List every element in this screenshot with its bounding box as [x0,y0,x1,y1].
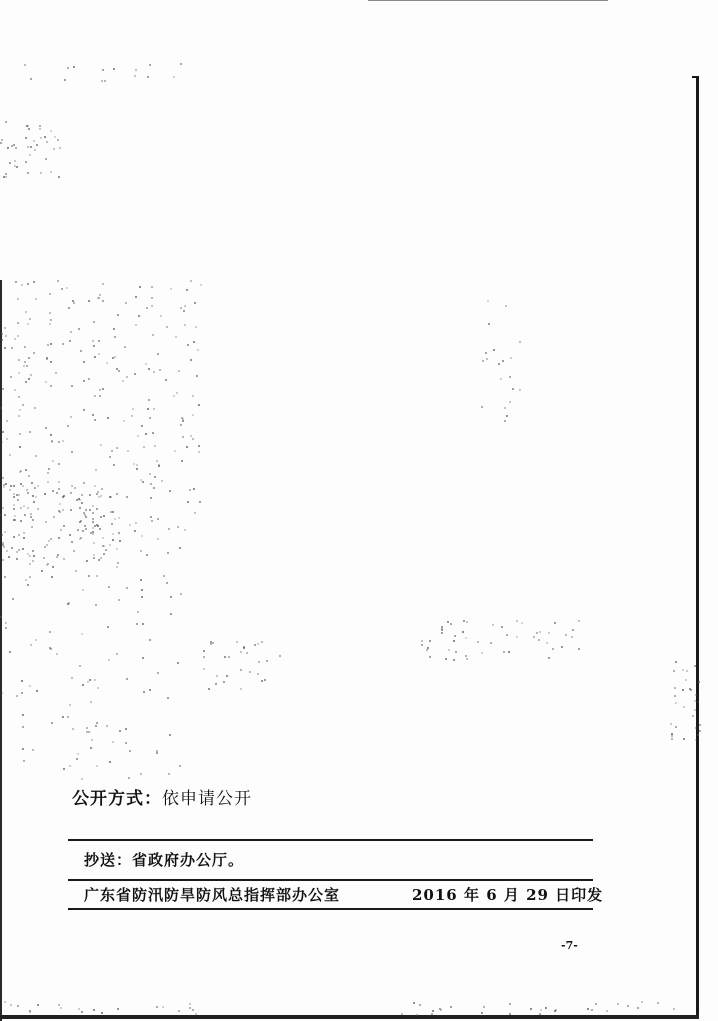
scan-speck [485,352,487,354]
scan-speck [97,687,99,689]
scan-speck [116,493,118,495]
scan-speck [685,679,687,681]
scan-speck [78,1008,80,1010]
scan-speck [51,576,53,578]
scan-speck [192,1009,194,1011]
scan-speck [165,379,167,381]
scan-speck [5,121,7,123]
scan-speck [24,514,26,516]
scan-speck [23,365,25,367]
scan-speck [168,528,170,530]
scan-speck [156,752,158,754]
scan-speck [71,385,73,387]
scan-speck [106,362,108,364]
scan-speck [186,289,188,291]
scan-speck [14,160,16,162]
scan-speck [490,642,492,644]
scan-speck [35,639,37,641]
scan-speck [179,547,181,549]
scan-speck [46,141,48,143]
scan-speck [195,1013,197,1015]
scan-edge-left [0,280,2,1021]
scan-speck [19,409,21,411]
scan-speck [39,125,41,127]
scan-speck [92,340,94,342]
scan-speck [441,632,443,634]
scan-speck [82,589,84,591]
scan-speck [199,501,201,503]
scan-speck [141,589,143,591]
scan-speck [18,415,20,417]
scan-speck [35,496,37,498]
scan-speck [63,525,65,527]
scan-speck [183,310,185,312]
scan-speck [11,547,13,549]
scan-speck [0,407,2,409]
scan-speck [28,357,30,359]
scan-speck [258,661,260,663]
scan-speck [46,358,48,360]
scan-speck [60,1007,62,1009]
scan-speck [70,509,72,511]
scan-speck [429,656,431,658]
scan-speck [6,420,8,422]
scan-speck [192,395,194,397]
scan-speck [27,283,29,285]
scan-speck [548,657,550,659]
scan-speck [101,80,103,82]
scan-speck [111,523,113,525]
scan-speck [106,725,108,727]
scan-speck [70,331,72,333]
scan-speck [152,334,154,336]
scan-speck [69,704,71,706]
scan-speck [82,530,84,532]
scan-speck [147,408,149,410]
scan-speck [100,444,102,446]
scan-speck [16,166,18,168]
scan-speck [79,507,81,509]
scan-speck [13,144,15,146]
scan-speck [19,446,21,448]
scan-speck [90,701,92,703]
scan-speck [50,361,52,363]
scan-speck [148,399,150,401]
scan-speck [279,655,281,657]
scan-speck [118,599,120,601]
scan-speck [554,1010,556,1012]
scan-speck [674,695,676,697]
scan-speck [675,702,677,704]
scan-speck [129,750,131,752]
scan-speck [447,621,449,623]
scan-speck [509,1003,511,1005]
scan-speck [69,340,71,342]
scan-speck [113,328,115,330]
scan-speck [126,496,128,498]
scan-speck [94,419,96,421]
scan-speck [49,312,51,314]
scan-speck [30,513,32,515]
scan-speck [75,570,77,572]
scan-speck [2,431,4,433]
scan-speck [93,542,95,544]
scan-speck [16,695,18,697]
scan-speck [100,516,102,518]
scan-speck [98,353,100,355]
scan-speck [102,283,104,285]
scan-speck [416,1014,418,1016]
scan-speck [261,680,263,682]
scan-speck [96,722,98,724]
scan-speck [9,454,11,456]
scan-speck [157,353,159,355]
scan-speck [113,464,115,466]
cc-label: 抄送： [84,851,132,869]
scan-speck [84,525,86,527]
scan-speck [189,489,191,491]
scan-speck [26,489,28,491]
scan-speck [673,670,675,672]
scan-speck [135,296,137,298]
scan-speck [76,758,78,760]
scan-speck [2,507,4,509]
scan-speck [35,298,37,300]
scan-speck [18,396,20,398]
scan-speck [125,728,127,730]
scan-speck [113,68,115,70]
scan-speck [189,1007,191,1009]
issuing-office: 广东省防汛防旱防风总指挥部办公室 [84,884,340,905]
scan-speck [88,300,90,302]
divider-bottom [68,908,593,910]
scan-speck [698,681,700,683]
scan-speck [546,642,548,644]
scan-speck [483,1006,485,1008]
scan-speck [4,1001,6,1003]
scan-speck [545,1007,547,1009]
scan-speck [486,358,488,360]
scan-speck [193,341,195,343]
scan-speck [34,149,36,151]
divider-middle [68,879,593,881]
scan-speck [1,139,3,141]
scan-speck [70,492,72,494]
scan-speck [86,727,88,729]
scan-speck [117,562,119,564]
scan-speck [19,433,21,435]
scan-speck [32,749,34,751]
scan-speck [180,307,182,309]
scan-speck [88,378,90,380]
scan-speck [538,639,540,641]
scan-speck [148,368,150,370]
scan-speck [98,340,100,342]
scan-speck [74,487,76,489]
scan-speck [208,688,210,690]
scan-speck [627,1005,629,1007]
scan-speck [565,634,567,636]
scan-speck [112,539,114,541]
scan-speck [4,531,6,533]
scan-speck [29,576,31,578]
scan-speck [47,481,49,483]
scan-speck [174,450,176,452]
scan-speck [72,728,74,730]
scan-speck [50,434,52,436]
scan-speck [28,378,30,380]
scan-speck [58,481,60,483]
scan-speck [71,451,73,453]
scan-speck [47,344,49,346]
scan-speck [17,335,19,337]
scan-speck [92,414,94,416]
scan-speck [116,566,118,568]
scan-speck [13,504,15,506]
cc-value: 省政府办公厅。 [132,851,244,869]
scan-speck [83,380,85,382]
scan-speck [31,482,33,484]
scan-speck [94,679,96,681]
scan-speck [50,319,52,321]
scan-speck [12,598,14,600]
scan-speck [28,128,30,130]
scan-speck [578,648,580,650]
scan-edge-right [696,77,699,1018]
scan-speck [198,404,200,406]
scan-speck [102,388,104,390]
scan-speck [578,620,580,622]
scan-speck [36,690,38,692]
scan-speck [66,287,68,289]
scan-speck [79,665,81,667]
scan-speck [111,450,113,452]
scan-speck [187,501,189,503]
scan-speck [180,63,182,65]
scan-speck [28,475,30,477]
scan-speck [450,623,452,625]
scan-speck [501,626,503,628]
scan-speck [85,516,87,518]
scan-speck [11,347,13,349]
scan-speck [62,496,64,498]
scan-speck [465,655,467,657]
scan-speck [682,689,684,691]
scan-speck [102,69,104,71]
scan-speck [140,579,142,581]
scan-speck [36,144,38,146]
scan-speck [26,365,28,367]
scan-speck [118,517,120,519]
scan-speck [32,495,34,497]
scan-speck [93,321,95,323]
scan-speck [9,162,11,164]
scan-speck [196,375,198,377]
scan-speck [198,445,200,447]
scan-speck [1,534,3,536]
scan-speck [154,445,156,447]
scan-speck [20,507,22,509]
scan-speck [180,424,182,426]
scan-speck [236,641,238,643]
scan-speck [44,493,46,495]
scan-speck [689,688,691,690]
scan-speck [29,154,31,156]
scan-speck [124,346,126,348]
scan-speck [492,624,494,626]
scan-speck [463,620,465,622]
scan-speck [189,1003,191,1005]
scan-speck [510,357,512,359]
scan-speck [100,557,102,559]
scan-speck [18,534,20,536]
scan-speck [591,1009,593,1011]
scan-speck [10,485,12,487]
scan-speck [149,64,151,66]
scan-speck [43,557,45,559]
scan-speck [44,546,46,548]
scan-speck [158,465,160,467]
scan-speck [162,1006,164,1008]
scan-speck [93,557,95,559]
scan-speck [92,512,94,514]
scan-speck [17,499,19,501]
scan-speck [179,765,181,767]
scan-speck [69,534,71,536]
scan-speck [24,346,26,348]
scan-speck [249,671,251,673]
scan-speck [125,302,127,304]
scan-speck [45,427,47,429]
scan-speck [136,464,138,466]
scan-speck [73,66,75,68]
scan-speck [103,553,105,555]
scan-speck [0,142,2,144]
scan-speck [92,518,94,520]
scan-speck [149,417,151,419]
scan-speck [487,300,489,302]
scan-speck [73,550,75,552]
scan-speck [27,584,29,586]
scan-speck [92,533,94,535]
scan-speck [169,490,171,492]
scan-speck [50,343,52,345]
scan-speck [93,345,95,347]
scan-speck [88,575,90,577]
scan-speck [77,753,79,755]
scan-speck [2,477,4,479]
scan-speck [15,281,17,283]
scan-speck [146,307,148,309]
scan-speck [95,469,97,471]
scan-speck [83,361,85,363]
scan-speck [226,675,228,677]
scan-speck [161,480,163,482]
scan-speck [131,415,133,417]
scan-speck [93,554,95,556]
scan-speck [6,550,8,552]
scan-speck [24,361,26,363]
scan-speck [692,715,694,717]
scan-speck [167,552,169,554]
scan-speck [228,656,230,658]
scan-speck [41,570,43,572]
scan-speck [695,727,697,729]
scan-speck [97,491,99,493]
scan-speck [7,147,9,149]
scan-speck [86,731,88,733]
scan-speck [530,1008,532,1010]
scan-speck [56,556,58,558]
scan-speck [58,441,60,443]
scan-speck [539,631,541,633]
scan-speck [413,1002,415,1004]
scan-speck [81,1011,83,1013]
scan-speck [150,516,152,518]
scan-speck [140,550,142,552]
scan-speck [96,493,98,495]
scan-speck [59,503,61,505]
scan-speck [145,433,147,435]
scan-speck [117,1008,119,1010]
scan-speck [186,446,188,448]
scan-speck [502,360,504,362]
scan-speck [694,665,696,667]
scan-speck [200,284,202,286]
scan-speck [481,652,483,654]
scan-speck [56,653,58,655]
scan-speck [62,509,64,511]
scan-speck [0,616,2,618]
scan-speck [683,706,685,708]
scan-speck [71,541,73,543]
scan-speck [40,137,42,139]
scan-speck [466,658,468,660]
scan-speck [56,492,58,494]
scan-speck [84,514,86,516]
scan-speck [49,631,51,633]
scan-edge-top [368,0,608,1]
scan-speck [637,1007,639,1009]
scan-speck [151,286,153,288]
scan-speck [683,738,685,740]
scan-speck [52,566,54,568]
scan-speck [37,485,39,487]
scan-speck [136,623,138,625]
scan-speck [257,643,259,645]
scan-speck [30,374,32,376]
scan-speck [68,307,70,309]
scan-speck [5,483,7,485]
scan-speck [89,679,91,681]
scan-speck [58,1004,60,1006]
scan-speck [240,651,242,653]
scan-speck [112,741,114,743]
scan-speck [465,637,467,639]
scan-speck [190,359,192,361]
scan-speck [89,494,91,496]
scan-speck [4,327,6,329]
scan-speck [540,1009,542,1011]
scan-speck [697,734,699,736]
scan-speck [617,1003,619,1005]
scan-speck [500,378,502,380]
scan-speck [102,545,104,547]
scan-speck [59,147,61,149]
scan-speck [70,416,72,418]
scan-speck [40,172,42,174]
scan-speck [55,372,57,374]
